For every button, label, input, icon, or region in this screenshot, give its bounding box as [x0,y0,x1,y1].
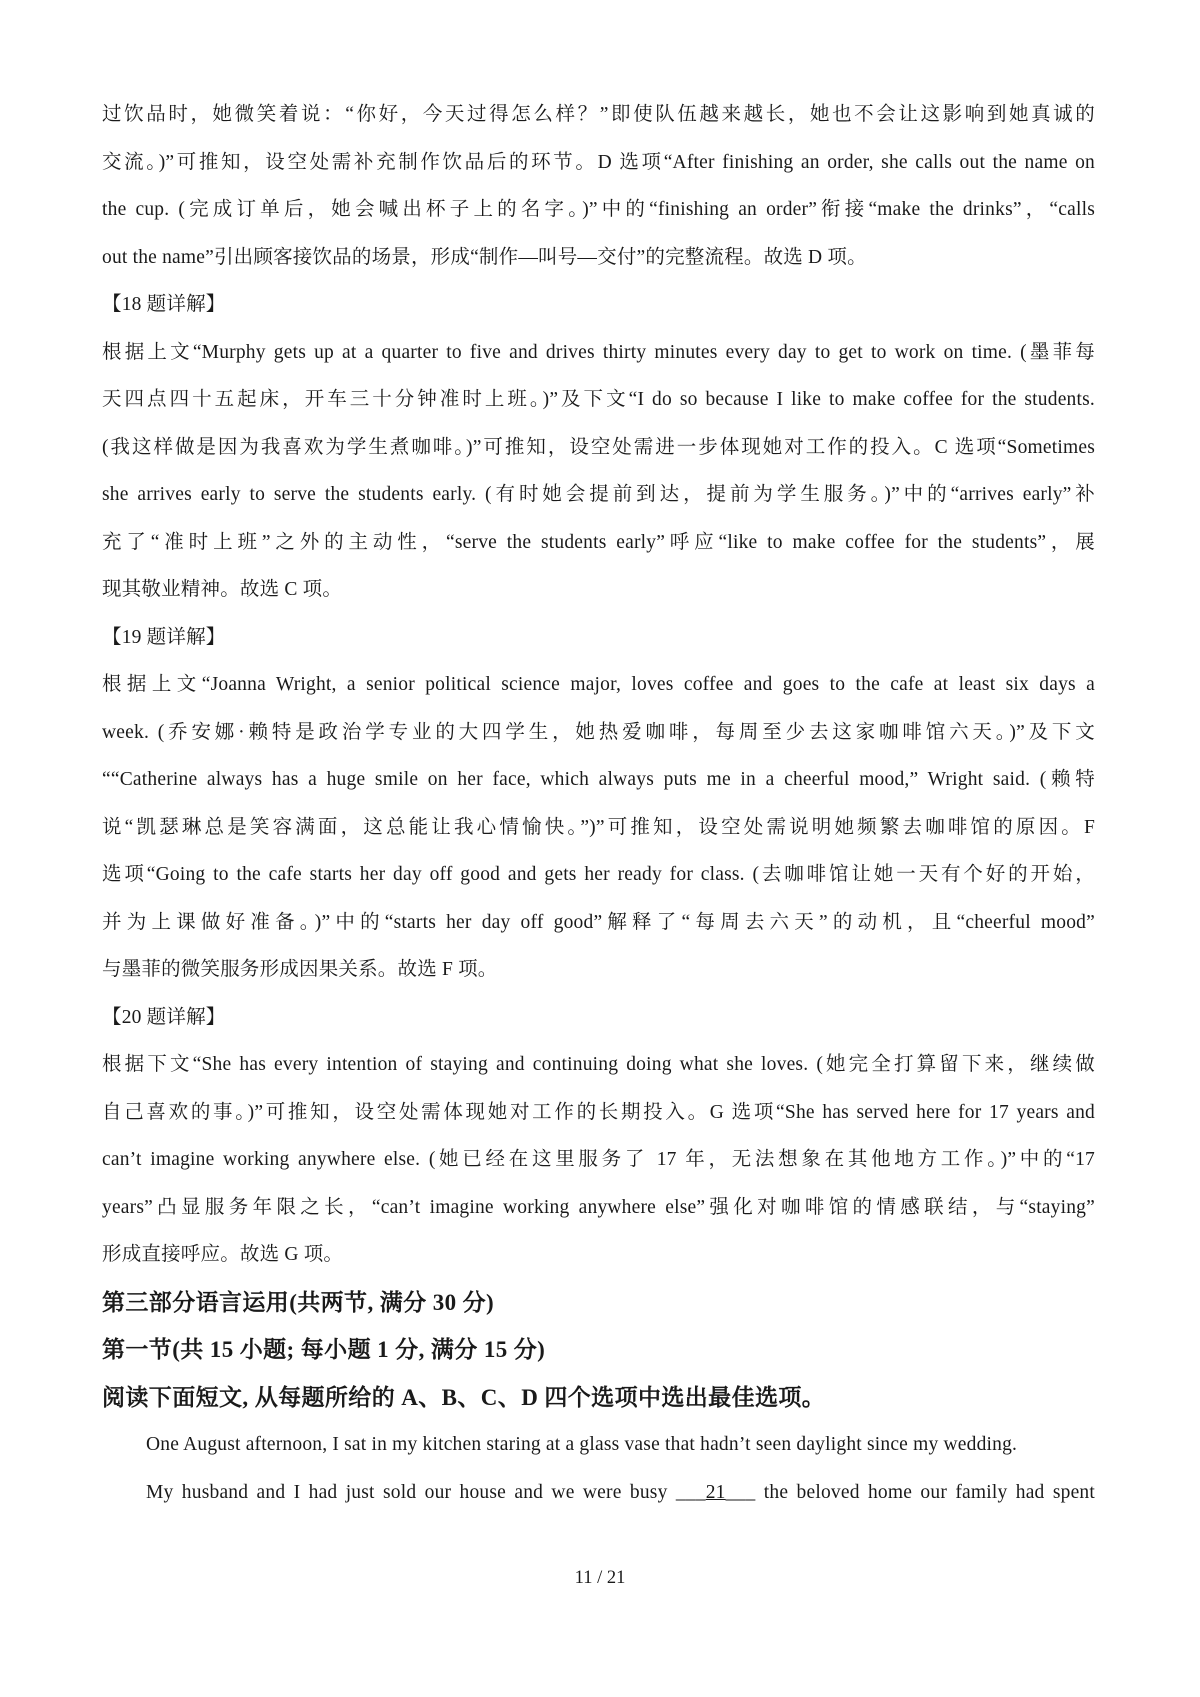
text-line: 选项“Going to the cafe starts her day off … [102,851,1095,899]
part3-section-title: 第三部分语言运用(共两节, 满分 30 分) [102,1279,1095,1327]
text-line: 根据上文“Murphy gets up at a quarter to five… [102,329,1095,377]
question-20-header: 【20 题详解】 [102,994,1095,1042]
text-line: she arrives early to serve the students … [102,471,1095,519]
text-line: 与墨菲的微笑服务形成因果关系。故选 F 项。 [102,946,1095,994]
cloze-blank-21: 21 [706,1482,726,1503]
text-line: out the name”引出顾客接饮品的场景，形成“制作—叫号—交付”的完整流… [102,234,1095,282]
document-page: 过饮品时，她微笑着说：“你好，今天过得怎么样？”即使队伍越来越长，她也不会让这影… [0,0,1200,1697]
text-line: 自己喜欢的事。)”可推知，设空处需体现她对工作的长期投入。G 选项“She ha… [102,1089,1095,1137]
text-line: 天四点四十五起床，开车三十分钟准时上班。)”及下文“I do so becaus… [102,376,1095,424]
text-line: 根据上文“Joanna Wright, a senior political s… [102,661,1095,709]
text-line: 现其敬业精神。故选 C 项。 [102,566,1095,614]
text-line: 交流。)”可推知，设空处需补充制作饮品后的环节。D 选项“After finis… [102,139,1095,187]
text-line: the cup. (完成订单后，她会喊出杯子上的名字。)”中的“finishin… [102,186,1095,234]
section1-subtitle: 第一节(共 15 小题; 每小题 1 分, 满分 15 分) [102,1326,1095,1374]
text-line: 并为上课做好准备。)”中的“starts her day off good”解释… [102,899,1095,947]
page-content: 过饮品时，她微笑着说：“你好，今天过得怎么样？”即使队伍越来越长，她也不会让这影… [102,91,1095,1516]
cloze-text-after-blank: ___ the beloved home our family had spen… [726,1482,1095,1503]
text-line: (我这样做是因为我喜欢为学生煮咖啡。)”可推知，设空处需进一步体现她对工作的投入… [102,424,1095,472]
cloze-passage-line: One August afternoon, I sat in my kitche… [102,1421,1095,1469]
text-line: 说“凯瑟琳总是笑容满面，这总能让我心情愉快。”)”可推知，设空处需说明她频繁去咖… [102,804,1095,852]
text-line: 形成直接呼应。故选 G 项。 [102,1231,1095,1279]
text-line: can’t imagine working anywhere else. (她已… [102,1136,1095,1184]
text-line: week. (乔安娜·赖特是政治学专业的大四学生，她热爱咖啡，每周至少去这家咖啡… [102,709,1095,757]
question-19-header: 【19 题详解】 [102,614,1095,662]
text-line: ““Catherine always has a huge smile on h… [102,756,1095,804]
text-line: 根据下文“She has every intention of staying … [102,1041,1095,1089]
text-line: years”凸显服务年限之长，“can’t imagine working an… [102,1184,1095,1232]
cloze-passage-line: My husband and I had just sold our house… [102,1469,1095,1517]
text-line: 过饮品时，她微笑着说：“你好，今天过得怎么样？”即使队伍越来越长，她也不会让这影… [102,91,1095,139]
cloze-text-before-blank: My husband and I had just sold our house… [146,1482,706,1503]
page-number: 11 / 21 [0,1568,1200,1589]
text-line: 充了“准时上班”之外的主动性，“serve the students early… [102,519,1095,567]
question-18-header: 【18 题详解】 [102,281,1095,329]
instructions-line: 阅读下面短文, 从每题所给的 A、B、C、D 四个选项中选出最佳选项。 [102,1374,1095,1422]
